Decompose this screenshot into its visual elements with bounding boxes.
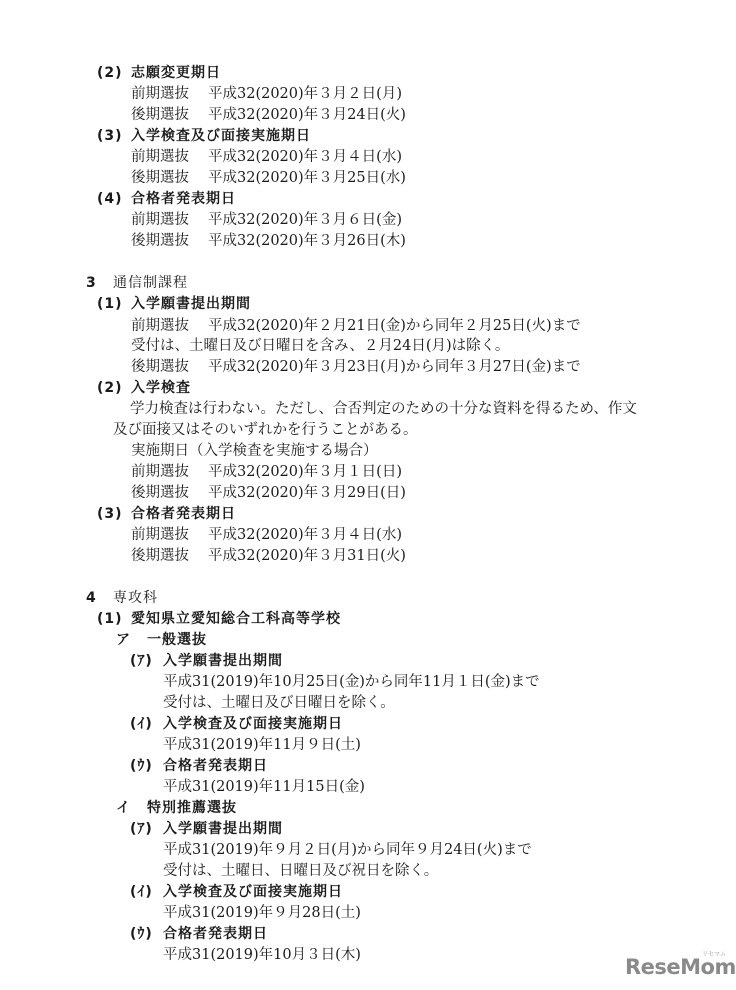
row-date: 平成32(2020)年３月29日(日) [208, 483, 406, 504]
row-label: 前期選抜 [131, 318, 189, 334]
item-title: 入学検査及び面接実施期日 [163, 714, 343, 735]
item-heading: (ｳ)合格者発表期日 [130, 924, 153, 945]
item-number: (2) [97, 65, 123, 81]
row-date: 平成32(2020)年３月２日(月) [208, 84, 402, 105]
row-label: 前期選抜 [131, 149, 189, 165]
item-heading: (4)合格者発表期日 [97, 189, 123, 210]
row-date: 平成32(2020)年３月１日(日) [208, 462, 402, 483]
date-row: 後期選抜平成32(2020)年３月24日(火) [131, 105, 189, 126]
item-heading: (1)入学願書提出期間 [97, 294, 123, 315]
date-value: 平成31(2019)年10月３日(木) [163, 945, 361, 966]
row-label: 後期選抜 [131, 233, 189, 249]
date-row: 前期選抜平成32(2020)年３月６日(金) [131, 210, 189, 231]
subsection-number: イ [116, 800, 131, 816]
item-title: 合格者発表期日 [163, 924, 268, 945]
item-number: (ｲ) [130, 884, 153, 900]
date-row: 後期選抜平成32(2020)年３月25日(水) [131, 168, 189, 189]
item-number: (ｳ) [130, 926, 153, 942]
item-title: 入学検査及び面接実施期日 [163, 882, 343, 903]
row-date: 平成32(2020)年３月23日(月)から同年３月27日(金)まで [208, 357, 581, 378]
paragraph-line: 学力検査は行わない。ただし、合否判定のための十分な資料を得るため、作文 [130, 399, 637, 420]
item-number: (ｳ) [130, 758, 153, 774]
date-row: 前期選抜平成32(2020)年２月21日(金)から同年２月25日(火)まで [131, 316, 189, 337]
row-label: 後期選抜 [131, 107, 189, 123]
item-heading: (3)合格者発表期日 [97, 504, 123, 525]
item-title: 志願変更期日 [131, 63, 221, 84]
row-date: 平成32(2020)年３月26日(木) [208, 231, 406, 252]
section-heading: 3通信制課程 [86, 273, 97, 294]
date-value: 平成31(2019)年11月９日(土) [163, 735, 361, 756]
item-heading: (ｳ)合格者発表期日 [130, 756, 153, 777]
row-label: 前期選抜 [131, 527, 189, 543]
item-number: (1) [97, 296, 123, 312]
item-heading: (2)志願変更期日 [97, 63, 123, 84]
section-title: 通信制課程 [113, 273, 188, 294]
school-heading: (1)愛知県立愛知総合工科高等学校 [97, 609, 123, 630]
item-heading: (ｱ)入学願書提出期間 [130, 651, 153, 672]
date-row: 後期選抜平成32(2020)年３月31日(火) [131, 546, 189, 567]
section-heading: 4専攻科 [86, 588, 97, 609]
item-title: 入学検査及び面接実施期日 [131, 126, 311, 147]
date-value: 平成31(2019)年９月28日(土) [163, 903, 361, 924]
date-row: 前期選抜平成32(2020)年３月４日(水) [131, 147, 189, 168]
item-number: (3) [97, 506, 123, 522]
date-row: 後期選抜平成32(2020)年３月23日(月)から同年３月27日(金)まで [131, 357, 189, 378]
item-number: (1) [97, 611, 123, 627]
item-title: 入学検査 [131, 378, 191, 399]
date-value: 平成31(2019)年10月25日(金)から同年11月１日(金)まで [163, 672, 540, 693]
item-title: 入学願書提出期間 [163, 819, 283, 840]
subsection-heading: ア一般選抜 [116, 630, 131, 651]
row-date: 平成32(2020)年３月４日(水) [208, 147, 402, 168]
date-row: 後期選抜平成32(2020)年３月29日(日) [131, 483, 189, 504]
row-date: 平成32(2020)年３月24日(火) [208, 105, 406, 126]
item-title: 合格者発表期日 [131, 504, 236, 525]
subsection-number: ア [116, 632, 131, 648]
item-number: (ｲ) [130, 716, 153, 732]
date-value: 平成31(2019)年９月２日(月)から同年９月24日(火)まで [163, 840, 532, 861]
row-label: 後期選抜 [131, 170, 189, 186]
item-number: (4) [97, 191, 123, 207]
note: 受付は、土曜日及び日曜日を含み、２月24日(月)は除く。 [131, 336, 509, 357]
note: 受付は、土曜日及び日曜日を除く。 [163, 693, 395, 714]
row-date: 平成32(2020)年３月31日(火) [208, 546, 406, 567]
item-number: (3) [97, 128, 123, 144]
section-number: 3 [86, 275, 97, 291]
paragraph-line: 及び面接又はそのいずれかを行うことがある。 [113, 420, 418, 441]
item-number: (ｱ) [130, 821, 153, 837]
section-title: 専攻科 [113, 588, 158, 609]
item-title: 合格者発表期日 [131, 189, 236, 210]
subsection-title: 特別推薦選抜 [147, 798, 237, 819]
row-label: 前期選抜 [131, 86, 189, 102]
row-date: 平成32(2020)年３月６日(金) [208, 210, 402, 231]
row-date: 平成32(2020)年２月21日(金)から同年２月25日(火)まで [208, 316, 581, 337]
item-title: 入学願書提出期間 [163, 651, 283, 672]
item-heading: (ｱ)入学願書提出期間 [130, 819, 153, 840]
date-value: 平成31(2019)年11月15日(金) [163, 777, 365, 798]
item-title: 合格者発表期日 [163, 756, 268, 777]
note: 受付は、土曜日、日曜日及び祝日を除く。 [163, 861, 438, 882]
row-label: 後期選抜 [131, 485, 189, 501]
row-date: 平成32(2020)年３月４日(水) [208, 525, 402, 546]
item-heading: (2)入学検査 [97, 378, 123, 399]
item-heading: (3)入学検査及び面接実施期日 [97, 126, 123, 147]
item-heading: (ｲ)入学検査及び面接実施期日 [130, 882, 153, 903]
resemom-logo: ReseMom [625, 955, 736, 979]
item-heading: (ｲ)入学検査及び面接実施期日 [130, 714, 153, 735]
section-number: 4 [86, 590, 97, 606]
row-label: 後期選抜 [131, 359, 189, 375]
subsection-title: 一般選抜 [147, 630, 207, 651]
subsection-heading: イ特別推薦選抜 [116, 798, 131, 819]
date-row: 後期選抜平成32(2020)年３月26日(木) [131, 231, 189, 252]
item-title: 入学願書提出期間 [131, 294, 251, 315]
date-row: 前期選抜平成32(2020)年３月１日(日) [131, 462, 189, 483]
row-label: 前期選抜 [131, 464, 189, 480]
item-number: (2) [97, 380, 123, 396]
date-row: 前期選抜平成32(2020)年３月４日(水) [131, 525, 189, 546]
sub-heading: 実施期日（入学検査を実施する場合） [131, 441, 378, 462]
row-date: 平成32(2020)年３月25日(水) [208, 168, 406, 189]
date-row: 前期選抜平成32(2020)年３月２日(月) [131, 84, 189, 105]
school-name: 愛知県立愛知総合工科高等学校 [131, 609, 341, 630]
row-label: 後期選抜 [131, 548, 189, 564]
item-number: (ｱ) [130, 653, 153, 669]
row-label: 前期選抜 [131, 212, 189, 228]
